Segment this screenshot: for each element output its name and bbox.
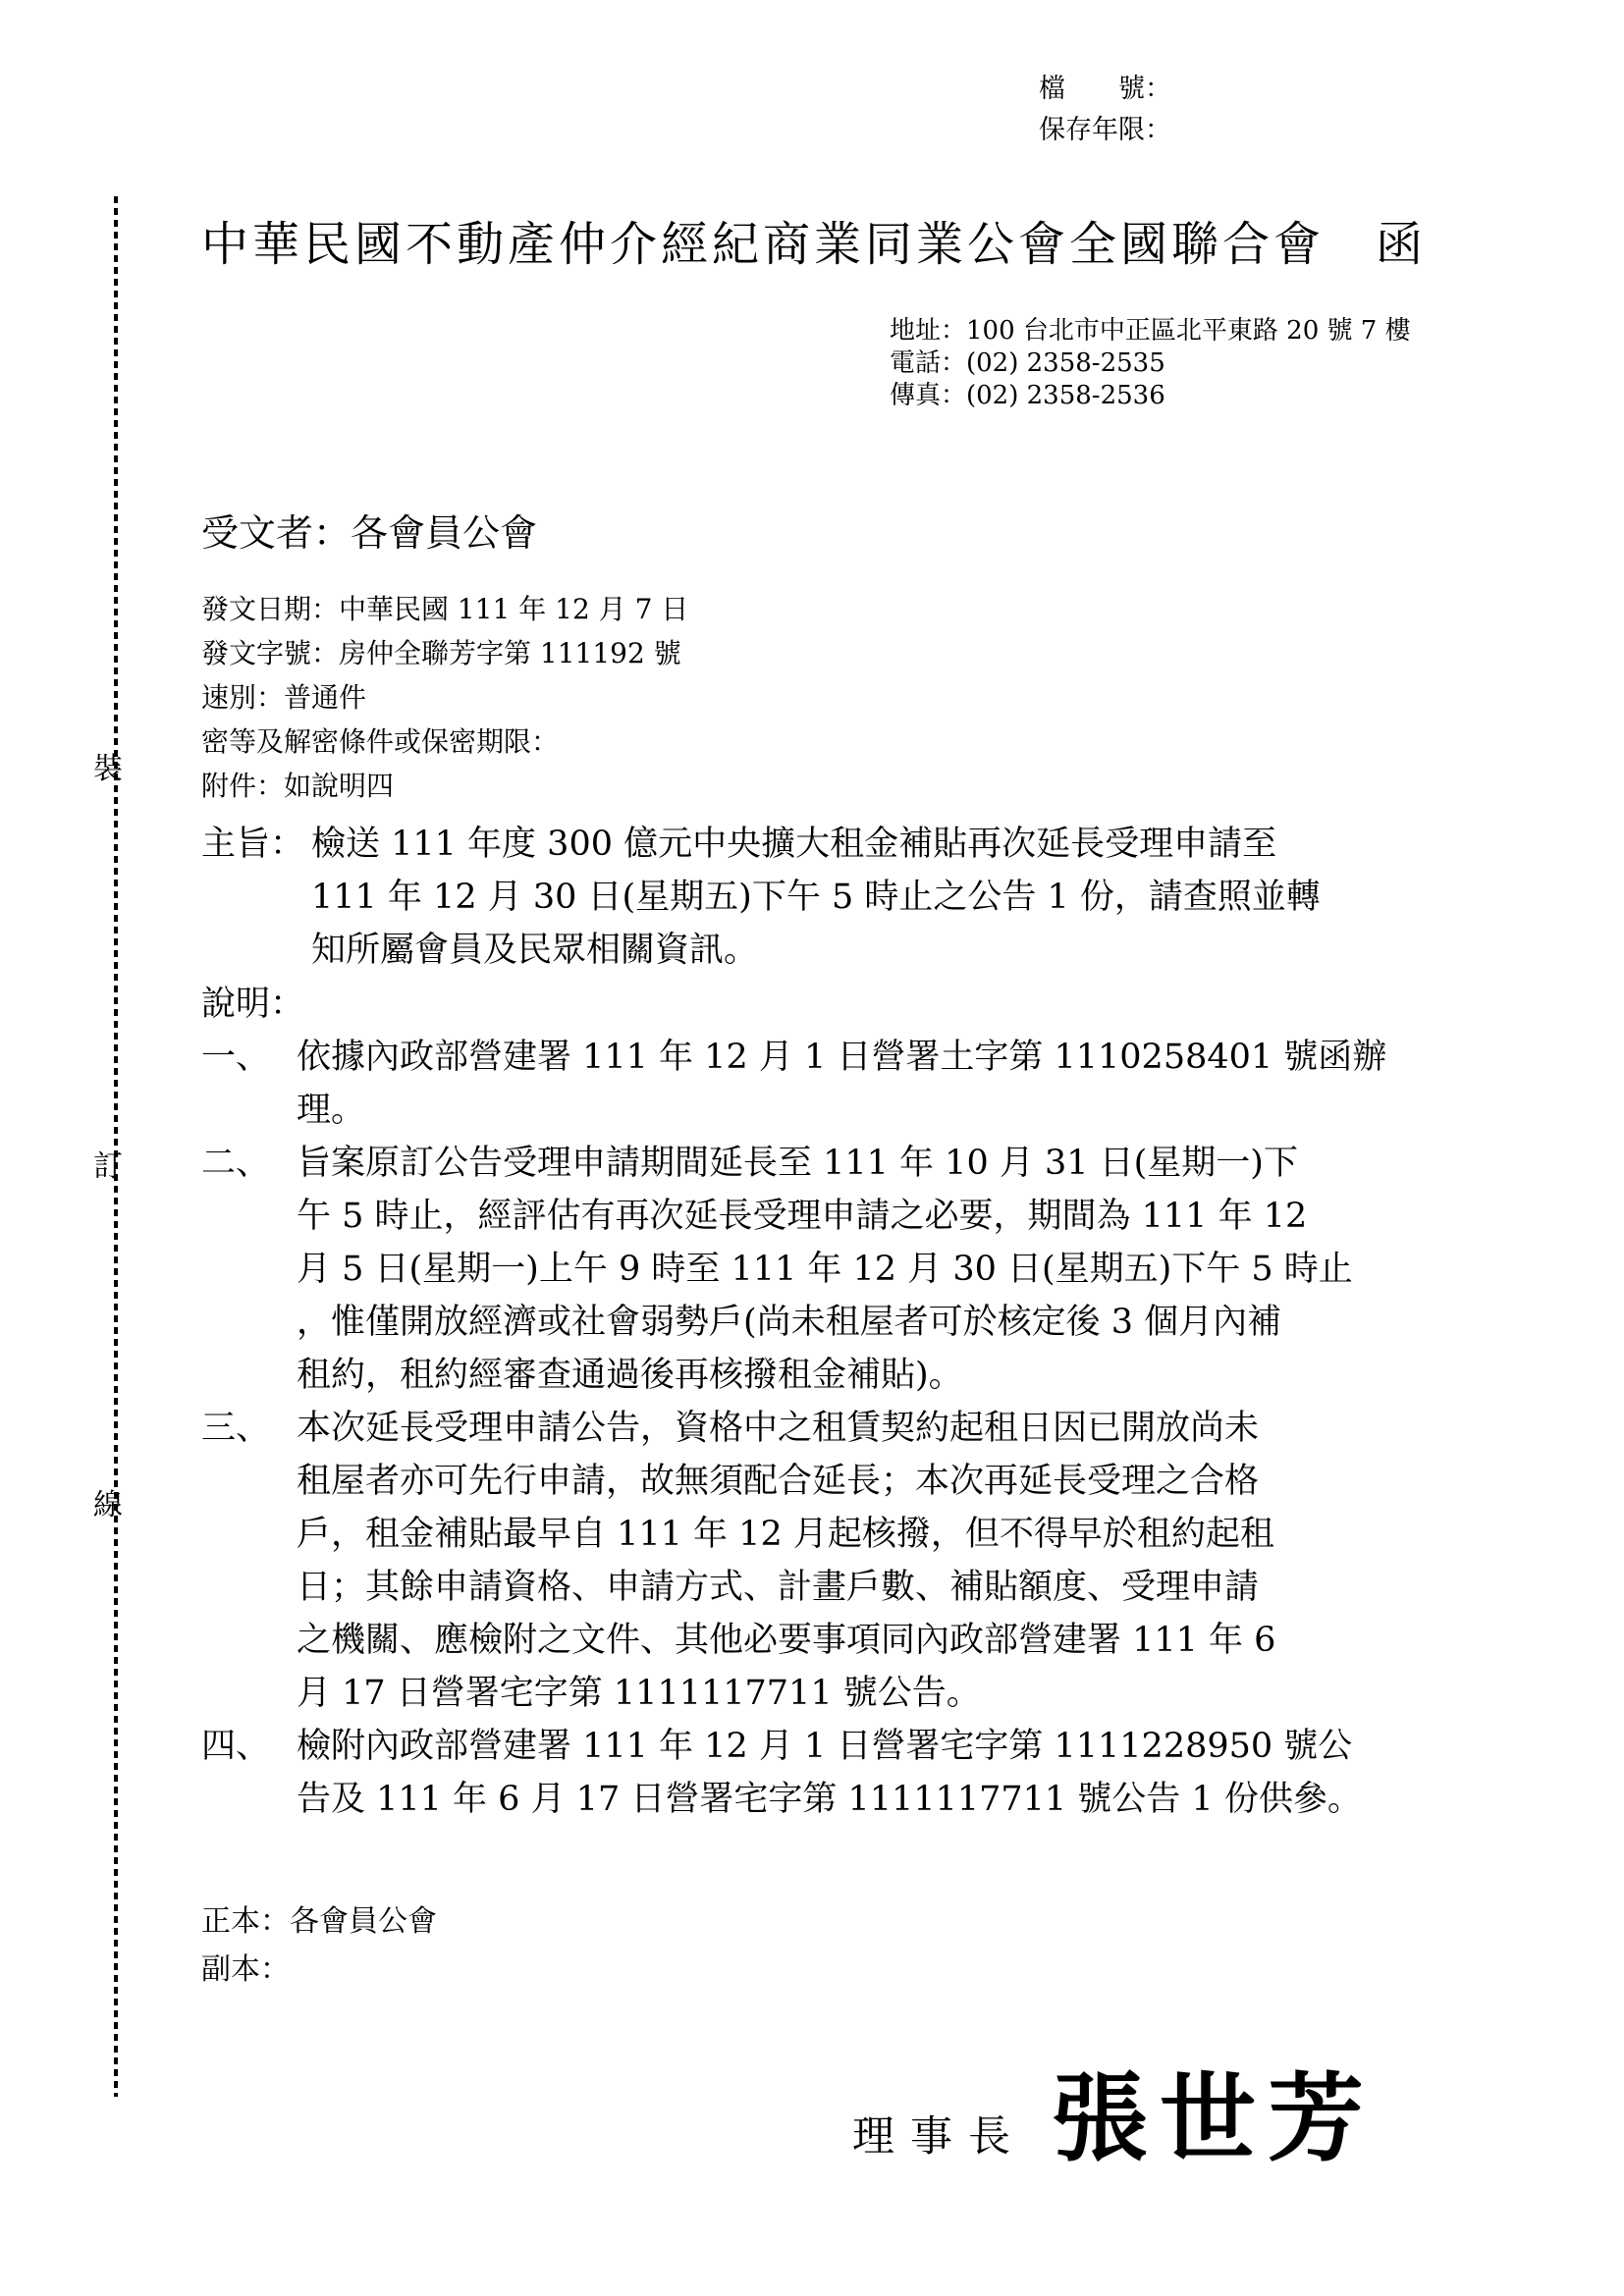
subject-label: 主旨：: [201, 818, 311, 977]
explanation-item-1: 一、 依據內政部營建署 111 年 12 月 1 日營署土字第 11102584…: [201, 1031, 1492, 1137]
recipient-line: 受文者：各會員公會: [201, 503, 537, 557]
chairman-name: 張世芳: [1052, 2042, 1376, 2180]
binding-mark-zhuang: 裝: [88, 744, 128, 787]
address-line: 地址：100 台北市中正區北平東路 20 號 7 樓: [890, 315, 1411, 347]
official-letter-page: 裝 訂 線 檔 號： 保存年限： 中華民國不動產仲介經紀商業同業公會全國聯合會 …: [0, 0, 1624, 2296]
explanation-item-4-text: 檢附內政部營建署 111 年 12 月 1 日營署宅字第 1111228950 …: [297, 1720, 1492, 1826]
explanation-item-2-text: 旨案原訂公告受理申請期間延長至 111 年 10 月 31 日(星期一)下 午 …: [297, 1137, 1492, 1402]
binding-mark-xian: 線: [88, 1480, 128, 1523]
subject-row: 主旨： 檢送 111 年度 300 億元中央擴大租金補貼再次延長受理申請至 11…: [201, 818, 1488, 977]
copies-block: 正本：各會員公會 副本：: [201, 1897, 437, 1994]
cc-copy-line: 副本：: [201, 1946, 437, 1994]
explanation-item-2: 二、 旨案原訂公告受理申請期間延長至 111 年 10 月 31 日(星期一)下…: [201, 1137, 1492, 1402]
explanation-item-3-text: 本次延長受理申請公告，資格中之租賃契約起租日因已開放尚未 租屋者亦可先行申請，故…: [297, 1402, 1492, 1720]
chairman-title: 理事長: [852, 2104, 1026, 2163]
explanation-item-2-label: 二、: [201, 1137, 297, 1402]
document-title: 中華民國不動產仲介經紀商業同業公會全國聯合會 函: [201, 206, 1427, 274]
explanation-item-3-label: 三、: [201, 1402, 297, 1720]
explanation-heading: 說明：: [201, 978, 1492, 1031]
binding-mark-ding: 訂: [88, 1142, 128, 1185]
security-class-line: 密等及解密條件或保密期限：: [201, 720, 688, 764]
explanation-item-4-label: 四、: [201, 1720, 297, 1826]
contact-block: 地址：100 台北市中正區北平東路 20 號 7 樓 電話：(02) 2358-…: [890, 315, 1411, 412]
original-copy-line: 正本：各會員公會: [201, 1897, 437, 1946]
issue-date-line: 發文日期：中華民國 111 年 12 月 7 日: [201, 587, 688, 631]
fax-line: 傳真：(02) 2358-2536: [890, 380, 1411, 412]
phone-line: 電話：(02) 2358-2535: [890, 347, 1411, 380]
explanation-item-1-label: 一、: [201, 1031, 297, 1137]
signature-block: 理事長 張世芳: [852, 2042, 1376, 2180]
explanation-section: 說明： 一、 依據內政部營建署 111 年 12 月 1 日營署土字第 1110…: [201, 978, 1492, 1826]
subject-text: 檢送 111 年度 300 億元中央擴大租金補貼再次延長受理申請至 111 年 …: [311, 818, 1488, 977]
meta-block: 發文日期：中華民國 111 年 12 月 7 日 發文字號：房仲全聯芳字第 11…: [201, 587, 688, 808]
file-number-label: 檔 號：: [1039, 69, 1171, 110]
explanation-item-4: 四、 檢附內政部營建署 111 年 12 月 1 日營署宅字第 11112289…: [201, 1720, 1492, 1826]
attachment-line: 附件：如說明四: [201, 764, 688, 808]
file-number-block: 檔 號： 保存年限：: [1039, 69, 1171, 151]
issue-number-line: 發文字號：房仲全聯芳字第 111192 號: [201, 631, 688, 675]
speed-class-line: 速別：普通件: [201, 675, 688, 720]
explanation-item-3: 三、 本次延長受理申請公告，資格中之租賃契約起租日因已開放尚未 租屋者亦可先行申…: [201, 1402, 1492, 1720]
retention-period-label: 保存年限：: [1039, 110, 1171, 151]
explanation-item-1-text: 依據內政部營建署 111 年 12 月 1 日營署土字第 1110258401 …: [297, 1031, 1492, 1137]
